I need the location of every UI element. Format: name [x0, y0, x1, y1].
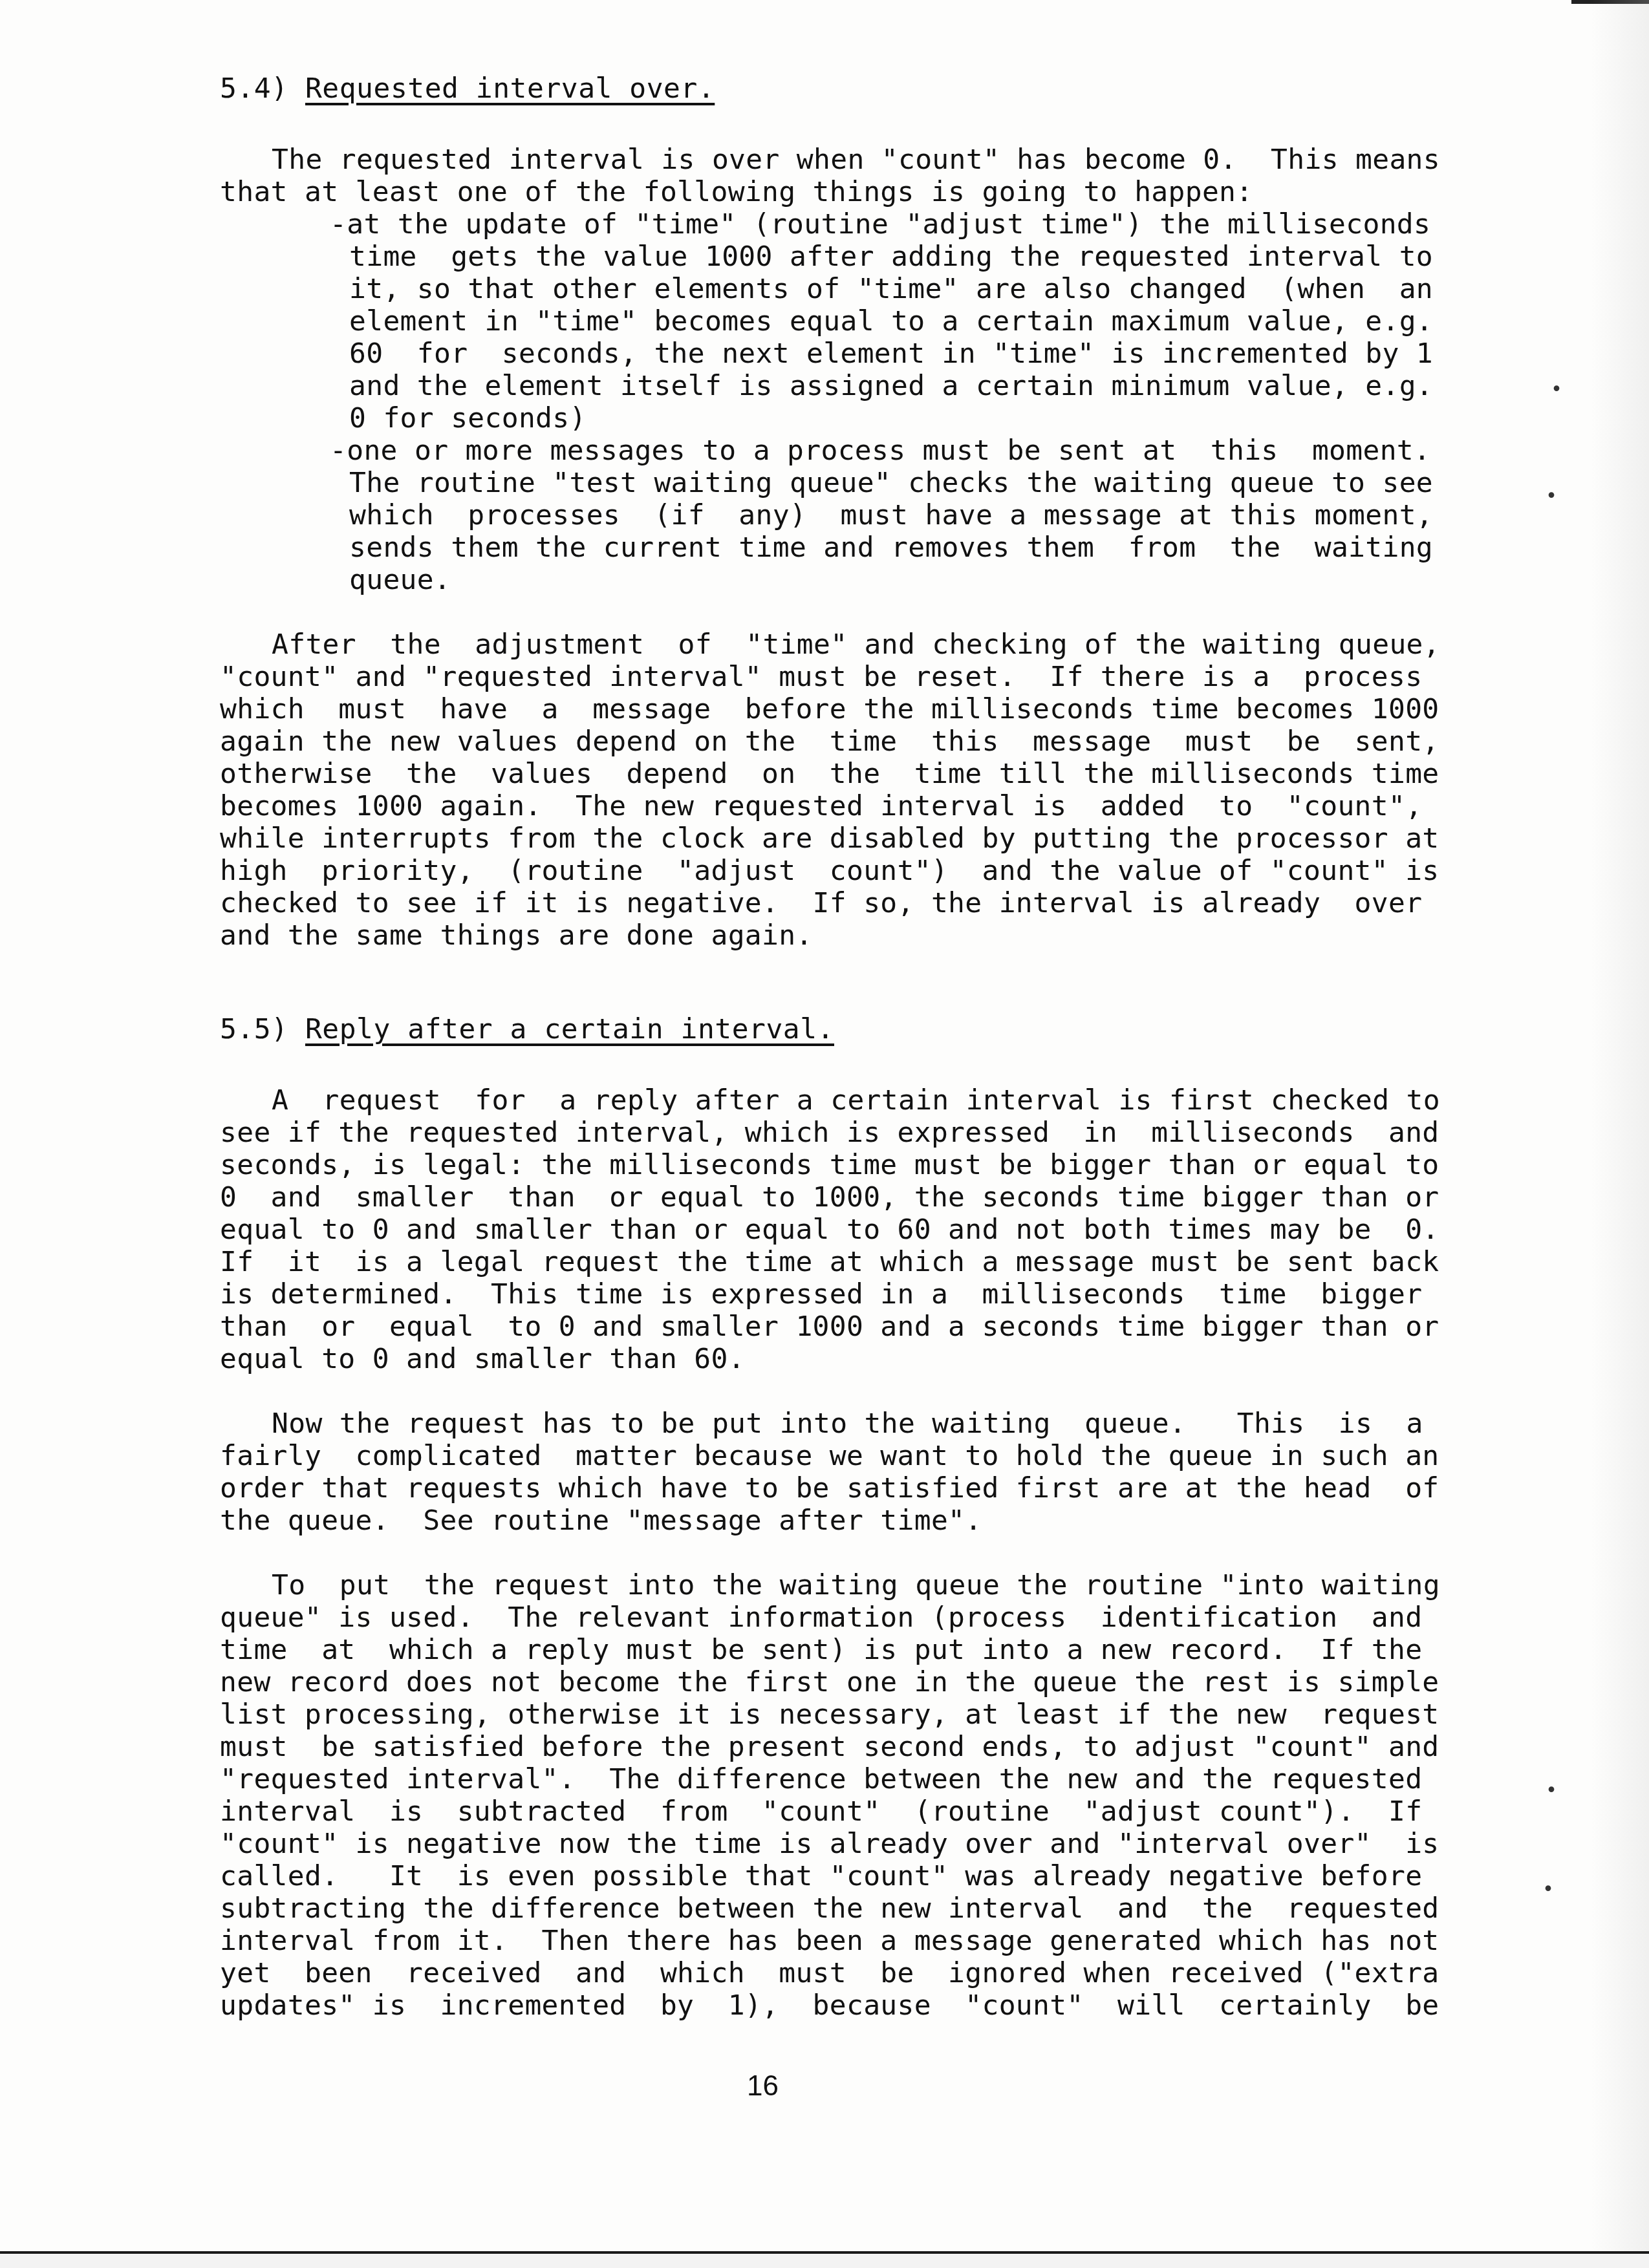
paragraph: To put the request into the waiting queu…	[220, 1569, 1397, 2022]
text-line: checked to see if it is negative. If so,…	[220, 887, 1397, 919]
text-line: equal to 0 and smaller than 60.	[220, 1343, 1397, 1375]
scanned-page: 5.4) Requested interval over.The request…	[0, 0, 1649, 2268]
paragraph-gap	[220, 1537, 1397, 1569]
text-line: high priority, (routine "adjust count") …	[220, 855, 1397, 887]
text-line: order that requests which have to be sat…	[220, 1472, 1397, 1504]
speck-mark: •	[1542, 1878, 1554, 1901]
text-line: After the adjustment of "time" and check…	[220, 628, 1397, 661]
text-line: see if the requested interval, which is …	[220, 1117, 1397, 1149]
text-line: interval is subtracted from "count" (rou…	[220, 1795, 1397, 1828]
text-line: that at least one of the following thing…	[220, 176, 1397, 208]
page-number: 16	[747, 2070, 779, 2102]
text-line: "count" and "requested interval" must be…	[220, 661, 1397, 693]
text-line: A request for a reply after a certain in…	[220, 1084, 1397, 1117]
text-line: again the new values depend on the time …	[220, 725, 1397, 758]
text-line: new record does not become the first one…	[220, 1666, 1397, 1698]
text-line: must be satisfied before the present sec…	[220, 1731, 1397, 1763]
text-line: element in "time" becomes equal to a cer…	[220, 305, 1397, 337]
section-heading: 5.4) Requested interval over.	[220, 72, 1397, 105]
text-line: interval from it. Then there has been a …	[220, 1925, 1397, 1957]
text-line: seconds, is legal: the milliseconds time…	[220, 1149, 1397, 1181]
text-line: "count" is negative now the time is alre…	[220, 1828, 1397, 1860]
section-title: Requested interval over.	[305, 72, 715, 105]
text-line: queue.	[220, 564, 1397, 596]
bullet-item: -one or more messages to a process must …	[220, 434, 1397, 596]
page-bottom-edge	[0, 2251, 1649, 2268]
text-line: Now the request has to be put into the w…	[220, 1407, 1397, 1440]
text-line: queue" is used. The relevant information…	[220, 1601, 1397, 1634]
text-line: equal to 0 and smaller than or equal to …	[220, 1214, 1397, 1246]
text-line: -one or more messages to a process must …	[220, 434, 1397, 467]
text-line: time gets the value 1000 after adding th…	[220, 241, 1397, 273]
text-line: 0 for seconds)	[220, 402, 1397, 434]
page-edge-shadow	[1591, 0, 1649, 2268]
paragraph: After the adjustment of "time" and check…	[220, 628, 1397, 952]
paragraph: Now the request has to be put into the w…	[220, 1407, 1397, 1537]
paragraph-gap	[220, 596, 1397, 628]
text-line: otherwise the values depend on the time …	[220, 758, 1397, 790]
text-line: updates" is incremented by 1), because "…	[220, 1989, 1397, 2022]
text-line: yet been received and which must be igno…	[220, 1957, 1397, 1989]
text-line: 0 and smaller than or equal to 1000, the…	[220, 1181, 1397, 1214]
text-line: which processes (if any) must have a mes…	[220, 499, 1397, 531]
text-line: which must have a message before the mil…	[220, 693, 1397, 725]
text-line: than or equal to 0 and smaller 1000 and …	[220, 1311, 1397, 1343]
text-line: If it is a legal request the time at whi…	[220, 1246, 1397, 1278]
text-line: The routine "test waiting queue" checks …	[220, 467, 1397, 499]
section-heading: 5.5) Reply after a certain interval.	[220, 1013, 1397, 1045]
speck-mark: •	[1546, 485, 1557, 508]
speck-mark: •	[1551, 378, 1562, 401]
text-line: -at the update of "time" (routine "adjus…	[220, 208, 1397, 241]
text-column: 5.4) Requested interval over.The request…	[220, 72, 1397, 2022]
paragraph: The requested interval is over when "cou…	[220, 144, 1397, 208]
text-line: the queue. See routine "message after ti…	[220, 1504, 1397, 1537]
section-title: Reply after a certain interval.	[305, 1013, 834, 1045]
text-line: becomes 1000 again. The new requested in…	[220, 790, 1397, 822]
text-line: To put the request into the waiting queu…	[220, 1569, 1397, 1601]
text-line: is determined. This time is expressed in…	[220, 1278, 1397, 1311]
section-number: 5.5)	[220, 1013, 288, 1045]
paragraph: A request for a reply after a certain in…	[220, 1084, 1397, 1375]
text-line: The requested interval is over when "cou…	[220, 144, 1397, 176]
speck-mark: •	[1546, 1779, 1557, 1802]
section-gap	[220, 952, 1397, 1013]
text-line: time at which a reply must be sent) is p…	[220, 1634, 1397, 1666]
text-line: it, so that other elements of "time" are…	[220, 273, 1397, 305]
text-line: 60 for seconds, the next element in "tim…	[220, 337, 1397, 370]
text-line: sends them the current time and removes …	[220, 531, 1397, 564]
heading-gap	[220, 1045, 1397, 1084]
text-line: and the same things are done again.	[220, 919, 1397, 952]
bullet-item: -at the update of "time" (routine "adjus…	[220, 208, 1397, 434]
text-line: list processing, otherwise it is necessa…	[220, 1698, 1397, 1731]
text-line: fairly complicated matter because we wan…	[220, 1440, 1397, 1472]
section-number: 5.4)	[220, 72, 288, 105]
text-line: subtracting the difference between the n…	[220, 1892, 1397, 1925]
text-line: while interrupts from the clock are disa…	[220, 822, 1397, 855]
text-line: called. It is even possible that "count"…	[220, 1860, 1397, 1892]
text-line: "requested interval". The difference bet…	[220, 1763, 1397, 1795]
text-line: and the element itself is assigned a cer…	[220, 370, 1397, 402]
paragraph-gap	[220, 1375, 1397, 1407]
heading-gap	[220, 105, 1397, 144]
